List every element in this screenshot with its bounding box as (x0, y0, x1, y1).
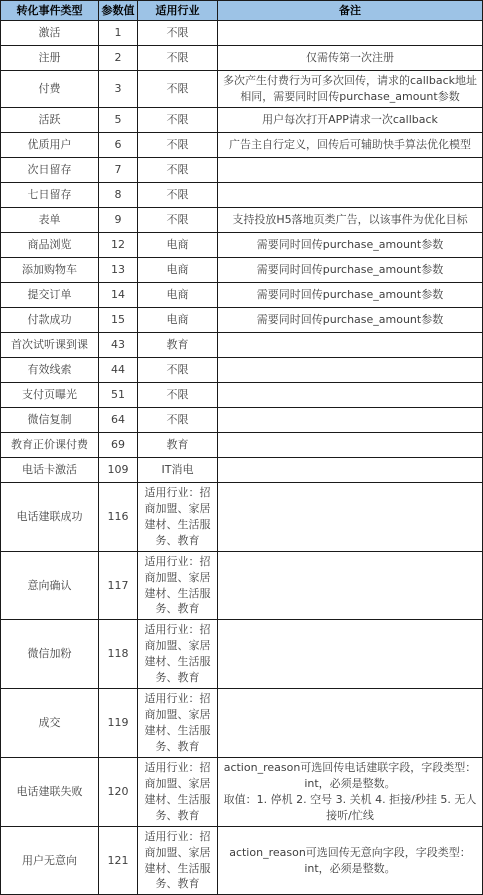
note-cell (218, 382, 483, 407)
industry-cell: 不限 (138, 71, 218, 108)
table-row: 优质用户 6 不限 广告主自行定义，回传后可辅助快手算法优化模型 (1, 132, 483, 157)
industry-cell: 教育 (138, 432, 218, 457)
industry-cell: 适用行业：招商加盟、家居建材、生活服务、教育 (138, 689, 218, 758)
table-row: 活跃 5 不限 用户每次打开APP请求一次callback (1, 107, 483, 132)
industry-cell: 适用行业：招商加盟、家居建材、生活服务、教育 (138, 826, 218, 895)
industry-cell: 适用行业：招商加盟、家居建材、生活服务、教育 (138, 551, 218, 620)
param-value-cell: 116 (99, 482, 138, 551)
param-value-cell: 14 (99, 282, 138, 307)
table-row: 成交 119 适用行业：招商加盟、家居建材、生活服务、教育 (1, 689, 483, 758)
param-value-cell: 121 (99, 826, 138, 895)
note-cell: 需要同时回传purchase_amount参数 (218, 232, 483, 257)
param-value-cell: 69 (99, 432, 138, 457)
note-cell: 仅需传第一次注册 (218, 46, 483, 71)
table-header: 转化事件类型 参数值 适用行业 备注 (1, 1, 483, 21)
table-row: 商品浏览 12 电商 需要同时回传purchase_amount参数 (1, 232, 483, 257)
event-type-cell: 电话建联失败 (1, 757, 99, 826)
event-type-cell: 首次试听课到课 (1, 332, 99, 357)
note-cell: 广告主自行定义，回传后可辅助快手算法优化模型 (218, 132, 483, 157)
event-type-cell: 成交 (1, 689, 99, 758)
note-cell (218, 482, 483, 551)
param-value-cell: 120 (99, 757, 138, 826)
table-row: 表单 9 不限 支持投放H5落地页类广告，以该事件为优化目标 (1, 207, 483, 232)
param-value-cell: 2 (99, 46, 138, 71)
note-cell (218, 157, 483, 182)
param-value-cell: 15 (99, 307, 138, 332)
note-cell: 需要同时回传purchase_amount参数 (218, 282, 483, 307)
table-row: 提交订单 14 电商 需要同时回传purchase_amount参数 (1, 282, 483, 307)
event-type-cell: 付费 (1, 71, 99, 108)
param-value-cell: 44 (99, 357, 138, 382)
note-cell: 用户每次打开APP请求一次callback (218, 107, 483, 132)
table-row: 电话卡激活 109 IT消电 (1, 457, 483, 482)
industry-cell: 适用行业：招商加盟、家居建材、生活服务、教育 (138, 620, 218, 689)
event-type-cell: 支付页曝光 (1, 382, 99, 407)
note-cell: 多次产生付费行为可多次回传，请求的callback地址相同，需要同时回传purc… (218, 71, 483, 108)
table-row: 微信复制 64 不限 (1, 407, 483, 432)
industry-cell: 不限 (138, 107, 218, 132)
note-cell (218, 432, 483, 457)
param-value-cell: 3 (99, 71, 138, 108)
table-body: 激活 1 不限 注册 2 不限 仅需传第一次注册 付费 3 不限 多次产生付费行… (1, 21, 483, 895)
table-header-row: 转化事件类型 参数值 适用行业 备注 (1, 1, 483, 21)
event-type-cell: 添加购物车 (1, 257, 99, 282)
event-type-cell: 微信复制 (1, 407, 99, 432)
table-row: 添加购物车 13 电商 需要同时回传purchase_amount参数 (1, 257, 483, 282)
industry-cell: 不限 (138, 182, 218, 207)
param-value-cell: 43 (99, 332, 138, 357)
note-cell: action_reason可选回传无意向字段，字段类型：int，必须是整数。 (218, 826, 483, 895)
event-type-cell: 优质用户 (1, 132, 99, 157)
table-row: 注册 2 不限 仅需传第一次注册 (1, 46, 483, 71)
industry-cell: 不限 (138, 407, 218, 432)
event-type-cell: 激活 (1, 21, 99, 46)
industry-cell: IT消电 (138, 457, 218, 482)
param-value-cell: 13 (99, 257, 138, 282)
table-row: 有效线索 44 不限 (1, 357, 483, 382)
industry-cell: 不限 (138, 207, 218, 232)
note-cell: 支持投放H5落地页类广告，以该事件为优化目标 (218, 207, 483, 232)
table-row: 次日留存 7 不限 (1, 157, 483, 182)
table-row: 用户无意向 121 适用行业：招商加盟、家居建材、生活服务、教育 action_… (1, 826, 483, 895)
note-cell: 需要同时回传purchase_amount参数 (218, 257, 483, 282)
event-type-cell: 用户无意向 (1, 826, 99, 895)
event-type-cell: 意向确认 (1, 551, 99, 620)
table-row: 微信加粉 118 适用行业：招商加盟、家居建材、生活服务、教育 (1, 620, 483, 689)
note-cell (218, 182, 483, 207)
param-value-cell: 118 (99, 620, 138, 689)
param-value-cell: 7 (99, 157, 138, 182)
industry-cell: 适用行业：招商加盟、家居建材、生活服务、教育 (138, 482, 218, 551)
table-row: 首次试听课到课 43 教育 (1, 332, 483, 357)
event-type-cell: 提交订单 (1, 282, 99, 307)
param-value-cell: 1 (99, 21, 138, 46)
param-value-cell: 12 (99, 232, 138, 257)
event-type-cell: 商品浏览 (1, 232, 99, 257)
header-cell-event-type: 转化事件类型 (1, 1, 99, 21)
event-type-cell: 电话卡激活 (1, 457, 99, 482)
event-type-cell: 电话建联成功 (1, 482, 99, 551)
param-value-cell: 117 (99, 551, 138, 620)
param-value-cell: 8 (99, 182, 138, 207)
param-value-cell: 6 (99, 132, 138, 157)
param-value-cell: 109 (99, 457, 138, 482)
note-cell (218, 332, 483, 357)
industry-cell: 不限 (138, 132, 218, 157)
table-row: 电话建联失败 120 适用行业：招商加盟、家居建材、生活服务、教育 action… (1, 757, 483, 826)
param-value-cell: 51 (99, 382, 138, 407)
table-row: 激活 1 不限 (1, 21, 483, 46)
event-type-cell: 有效线索 (1, 357, 99, 382)
table-row: 意向确认 117 适用行业：招商加盟、家居建材、生活服务、教育 (1, 551, 483, 620)
conversion-events-table: 转化事件类型 参数值 适用行业 备注 激活 1 不限 注册 2 不限 仅需传第一… (0, 0, 483, 895)
header-cell-industry: 适用行业 (138, 1, 218, 21)
event-type-cell: 七日留存 (1, 182, 99, 207)
industry-cell: 适用行业：招商加盟、家居建材、生活服务、教育 (138, 757, 218, 826)
event-type-cell: 微信加粉 (1, 620, 99, 689)
event-type-cell: 次日留存 (1, 157, 99, 182)
table-row: 支付页曝光 51 不限 (1, 382, 483, 407)
industry-cell: 不限 (138, 382, 218, 407)
table-row: 七日留存 8 不限 (1, 182, 483, 207)
industry-cell: 不限 (138, 157, 218, 182)
note-cell (218, 357, 483, 382)
industry-cell: 电商 (138, 282, 218, 307)
param-value-cell: 5 (99, 107, 138, 132)
table-row: 付费 3 不限 多次产生付费行为可多次回传，请求的callback地址相同，需要… (1, 71, 483, 108)
note-cell (218, 21, 483, 46)
event-type-cell: 活跃 (1, 107, 99, 132)
event-type-cell: 表单 (1, 207, 99, 232)
param-value-cell: 64 (99, 407, 138, 432)
industry-cell: 电商 (138, 232, 218, 257)
note-cell (218, 620, 483, 689)
event-type-cell: 注册 (1, 46, 99, 71)
param-value-cell: 9 (99, 207, 138, 232)
note-cell: action_reason可选回传电话建联字段，字段类型：int，必须是整数。 … (218, 757, 483, 826)
note-cell (218, 407, 483, 432)
note-cell (218, 457, 483, 482)
note-cell (218, 689, 483, 758)
header-cell-note: 备注 (218, 1, 483, 21)
industry-cell: 电商 (138, 257, 218, 282)
industry-cell: 教育 (138, 332, 218, 357)
table-row: 电话建联成功 116 适用行业：招商加盟、家居建材、生活服务、教育 (1, 482, 483, 551)
industry-cell: 不限 (138, 21, 218, 46)
note-cell (218, 551, 483, 620)
industry-cell: 不限 (138, 46, 218, 71)
industry-cell: 不限 (138, 357, 218, 382)
table-row: 付款成功 15 电商 需要同时回传purchase_amount参数 (1, 307, 483, 332)
param-value-cell: 119 (99, 689, 138, 758)
note-cell: 需要同时回传purchase_amount参数 (218, 307, 483, 332)
event-type-cell: 付款成功 (1, 307, 99, 332)
header-cell-param-value: 参数值 (99, 1, 138, 21)
event-type-cell: 教育正价课付费 (1, 432, 99, 457)
table-row: 教育正价课付费 69 教育 (1, 432, 483, 457)
industry-cell: 电商 (138, 307, 218, 332)
